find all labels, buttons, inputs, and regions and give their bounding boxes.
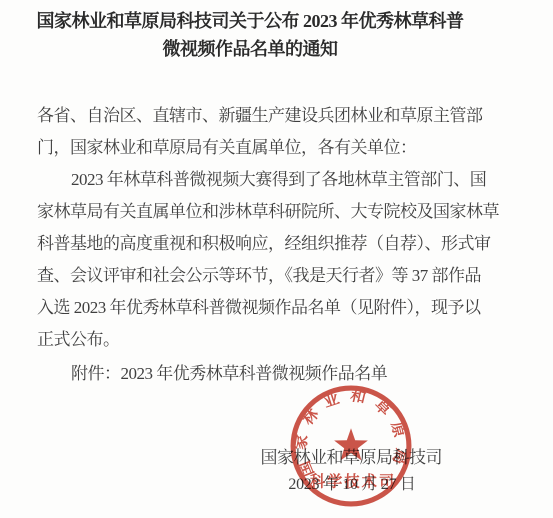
body-line: 入选 2023 年优秀林草科普微视频作品名单（见附件），现予以 bbox=[37, 292, 499, 324]
salutation-line: 门，国家林业和草原局有关直属单位，各有关单位： bbox=[37, 132, 499, 164]
document-body: 各省、自治区、直辖市、新疆生产建设兵团林业和草原主管部 门，国家林业和草原局有关… bbox=[37, 100, 499, 356]
seal-star-icon bbox=[334, 428, 368, 460]
body-line: 正式公布。 bbox=[37, 324, 499, 356]
body-line: 家林草局有关直属单位和涉林草科研院所、大专院校及国家林草 bbox=[37, 196, 499, 228]
body-line: 科普基地的高度重视和积极响应，经组织推荐（自荐）、形式审 bbox=[37, 228, 499, 260]
seal-center-text: 科学技术司 bbox=[309, 473, 396, 491]
body-line: 查、会议评审和社会公示等环节，《我是天行者》等 37 部作品 bbox=[37, 260, 499, 292]
salutation-line: 各省、自治区、直辖市、新疆生产建设兵团林业和草原主管部 bbox=[37, 100, 499, 132]
document-title-line-1: 国家林业和草原局科技司关于公布 2023 年优秀林草科普 bbox=[25, 7, 475, 35]
official-seal: 国家林业和草原局 科学技术司 bbox=[288, 383, 414, 509]
document-title-line-2: 微视频作品名单的通知 bbox=[25, 35, 475, 63]
body-line: 2023 年林草科普微视频大赛得到了各地林草主管部门、国 bbox=[37, 164, 499, 196]
document-title: 国家林业和草原局科技司关于公布 2023 年优秀林草科普 微视频作品名单的通知 bbox=[25, 7, 475, 63]
attachment-line: 附件：2023 年优秀林草科普微视频作品名单 bbox=[37, 358, 499, 390]
notice-document-page: 国家林业和草原局科技司关于公布 2023 年优秀林草科普 微视频作品名单的通知 … bbox=[0, 0, 553, 518]
